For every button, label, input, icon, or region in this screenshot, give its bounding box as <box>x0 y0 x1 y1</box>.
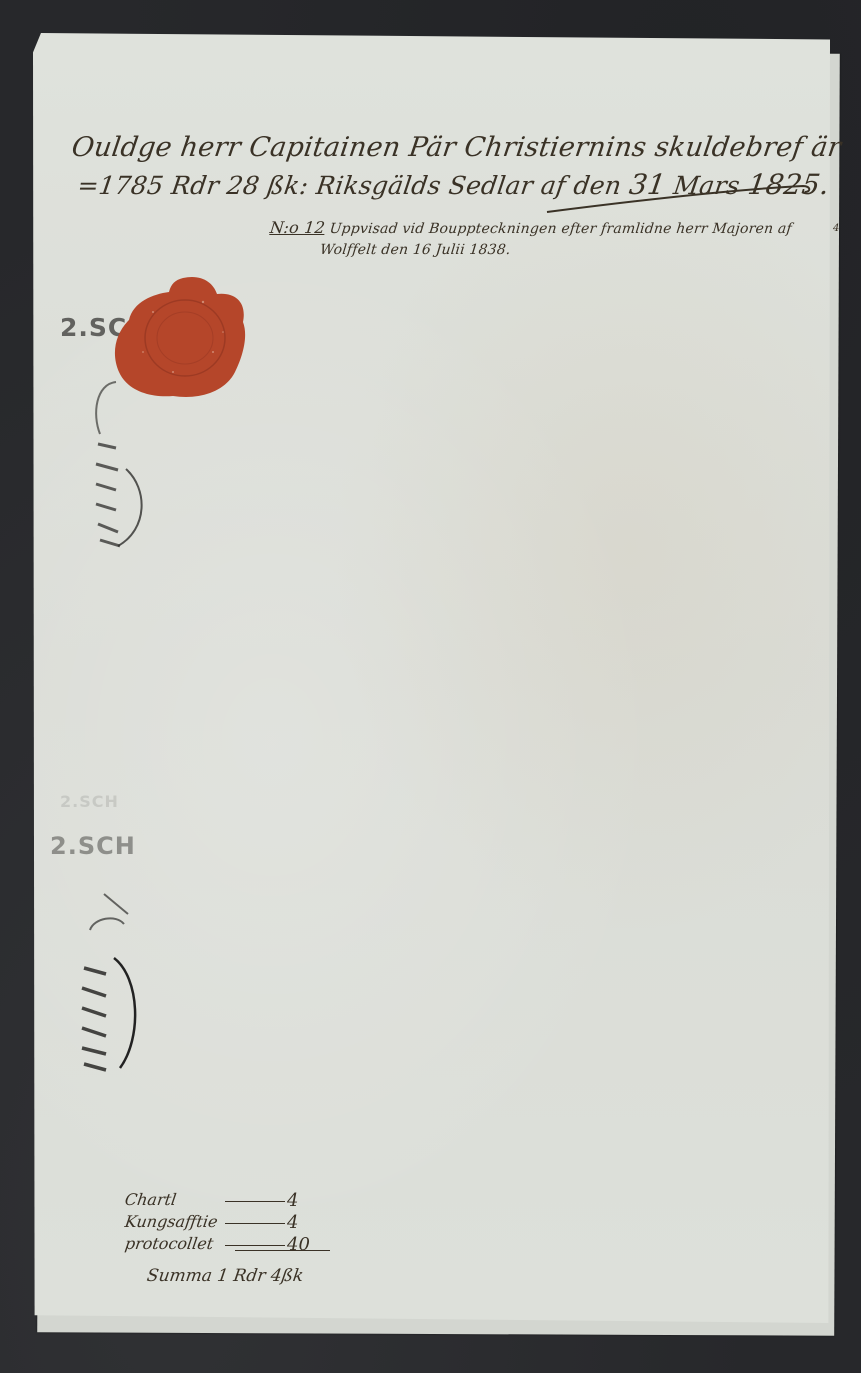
fee-total: Summa 1 Rdr 4ßk <box>146 1266 305 1286</box>
fee-label: protocollet <box>124 1234 215 1253</box>
fee-dash <box>225 1201 285 1202</box>
edge-mark: 4 <box>833 223 840 234</box>
fee-dash <box>225 1223 285 1224</box>
heading-line-1: Ouldge herr Capitainen Pär Christiernins… <box>70 132 843 163</box>
fee-row: Chartl 4 <box>125 1190 365 1212</box>
heading-amount: =1785 Rdr 28 ßk: Riksgälds Sedlar af den <box>76 171 624 200</box>
oval-signature-stamp-upper-icon <box>86 374 156 554</box>
note-text-1: Uppvisad vid Bouppteckningen efter framl… <box>329 221 793 237</box>
flourish-underline-icon <box>545 180 815 220</box>
fee-label: Kungsafftie <box>124 1212 219 1231</box>
fee-dash <box>225 1245 285 1246</box>
faint-stamp-ghost: 2.SCH <box>60 792 119 811</box>
note-line-1: N:o 12 Uppvisad vid Bouppteckningen efte… <box>269 218 793 237</box>
sum-rule <box>235 1250 330 1251</box>
note-number: N:o 12 <box>269 218 326 237</box>
fee-row: protocollet 40 <box>125 1234 365 1256</box>
fee-value: 40 <box>287 1234 310 1255</box>
fee-value: 4 <box>287 1190 298 1211</box>
fee-label: Chartl <box>124 1190 178 1209</box>
note-line-2: Wolffelt den 16 Julii 1838. <box>319 242 511 258</box>
tax-stamp-lower: 2.SCH <box>50 832 136 860</box>
oval-signature-stamp-lower-icon <box>70 888 150 1078</box>
fee-value: 4 <box>287 1212 298 1233</box>
fee-tally: Chartl 4 Kungsafftie 4 protocollet 40 Su… <box>125 1190 365 1256</box>
fee-row: Kungsafftie 4 <box>125 1212 365 1234</box>
